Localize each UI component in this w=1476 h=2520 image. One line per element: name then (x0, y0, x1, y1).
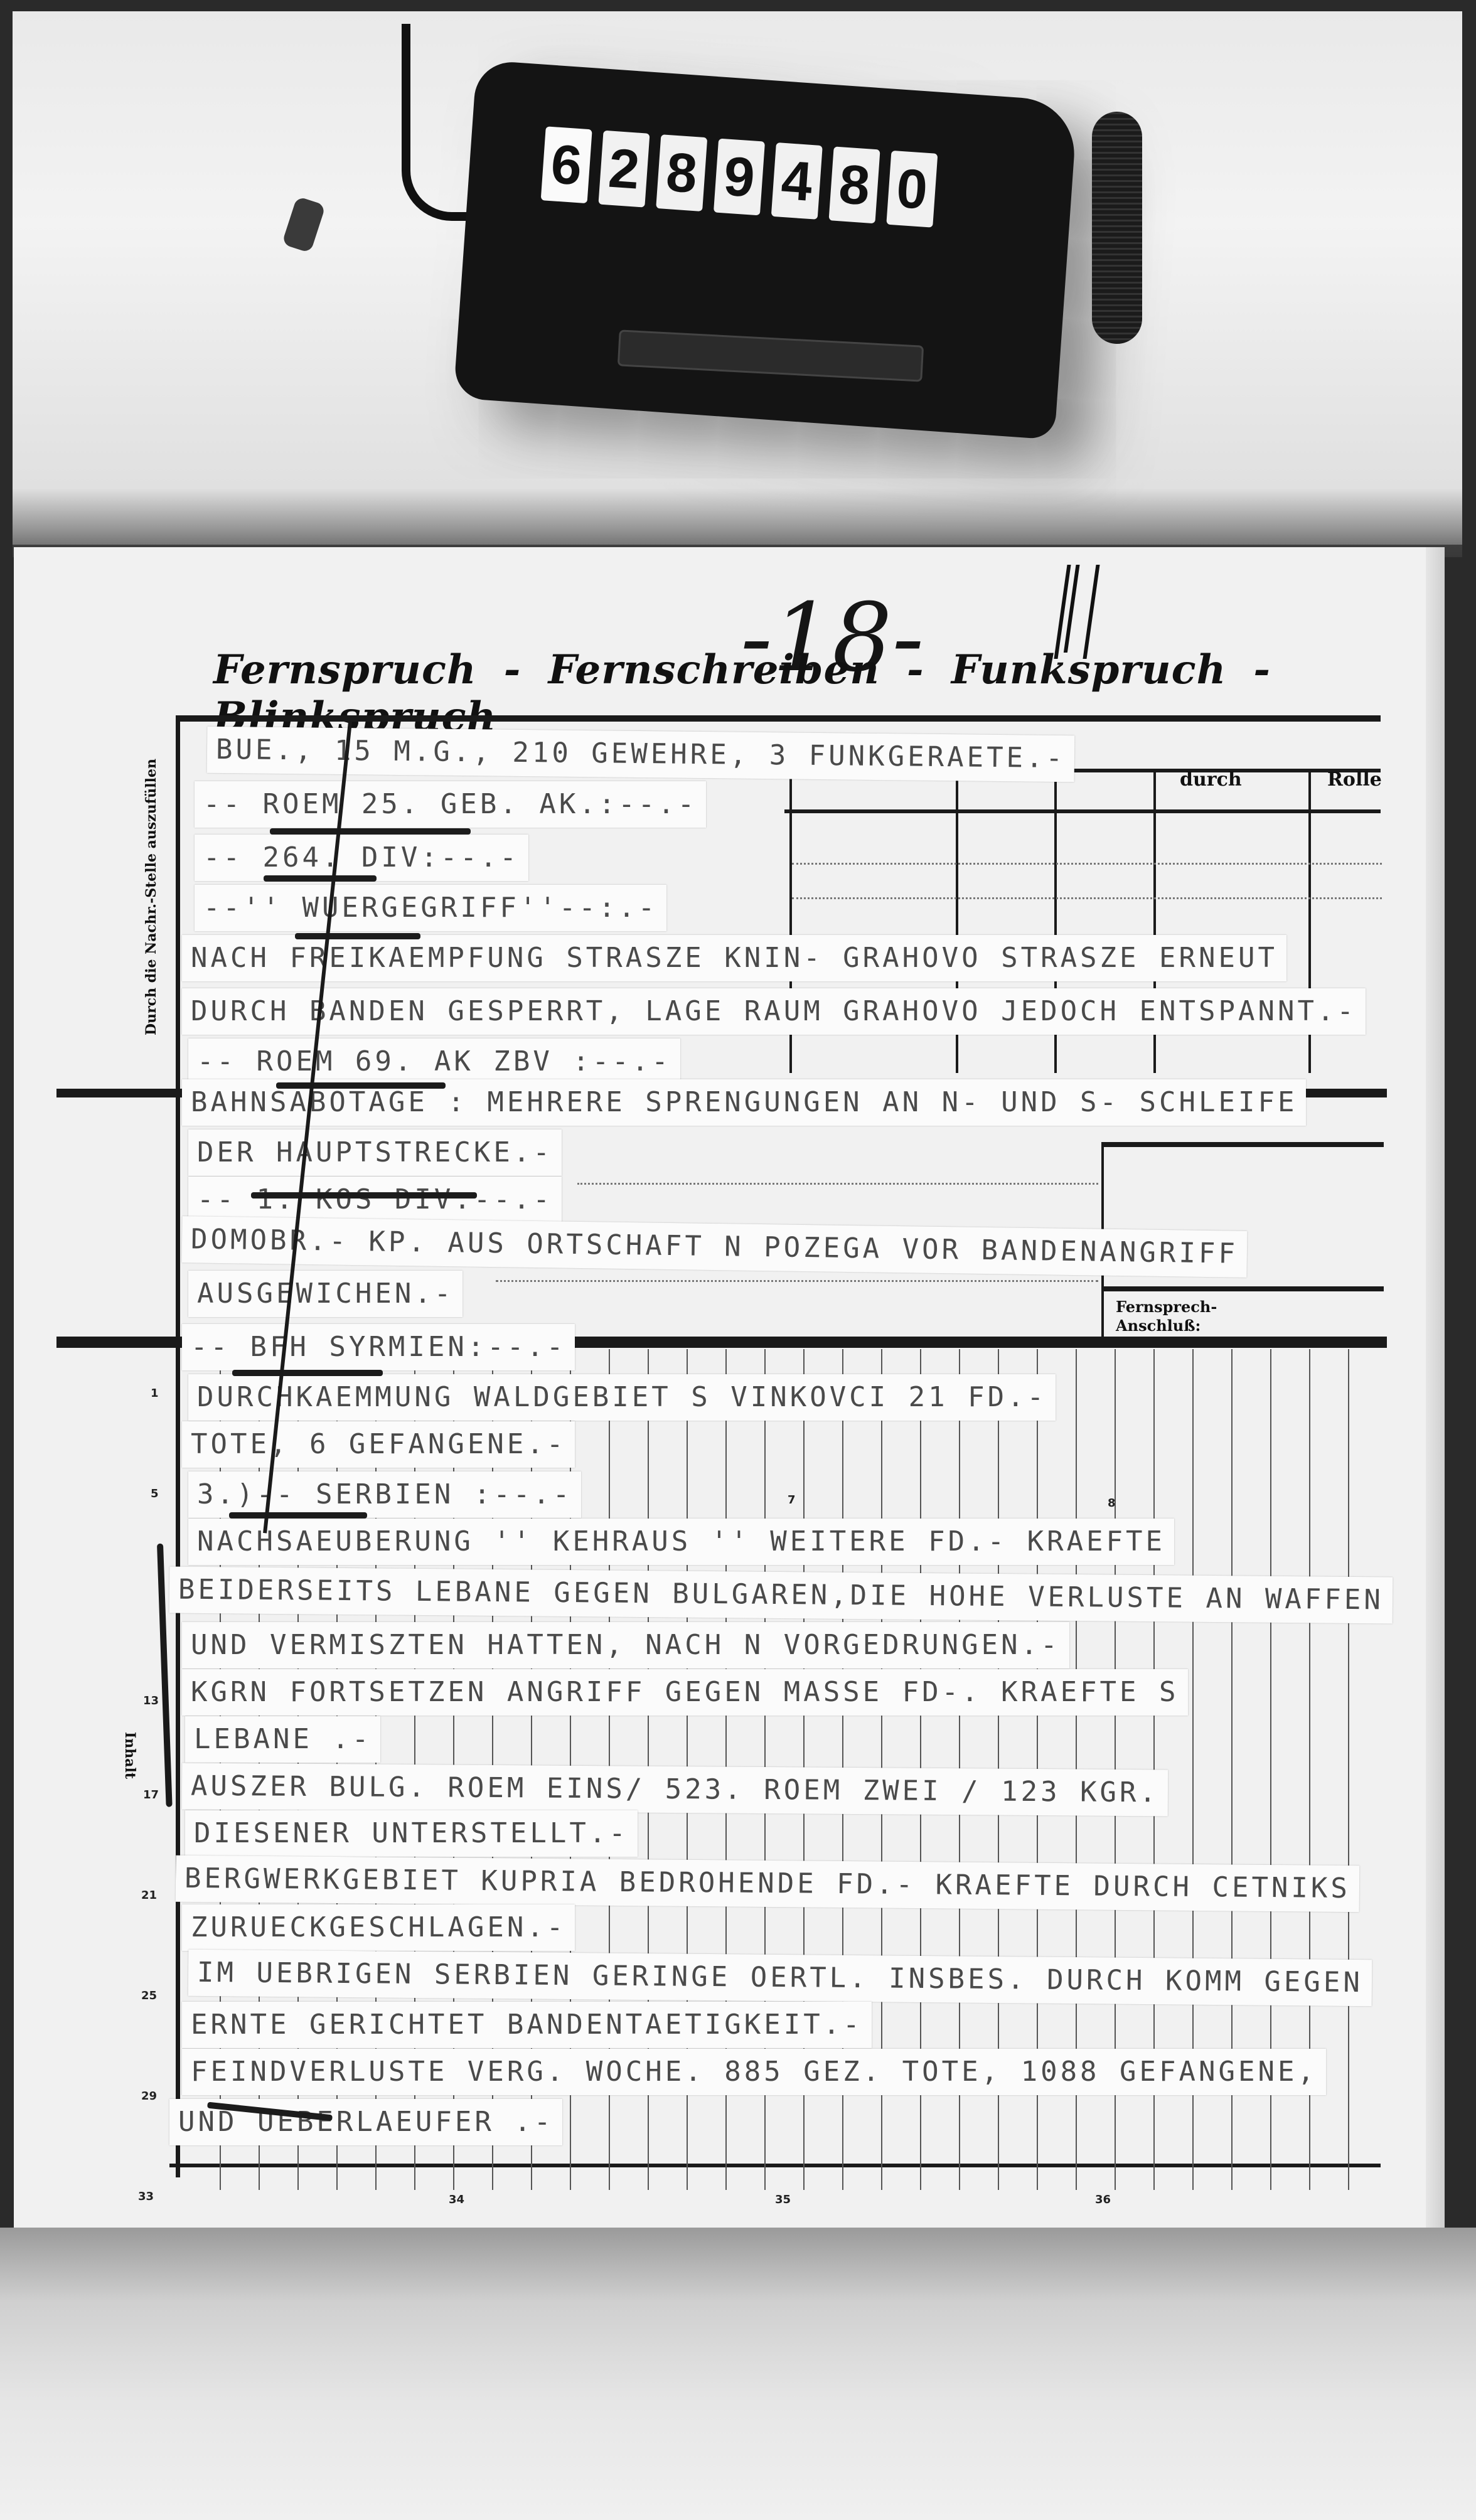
pen-underline (270, 828, 471, 835)
pen-underline (295, 933, 420, 939)
title-fernschreiben: Fernschreiben (548, 646, 880, 693)
counter-device (453, 60, 1078, 440)
message-line: KGRN FORTSETZEN ANGRIFF GEGEN MASSE FD-.… (182, 1669, 1188, 1716)
counter-digit: 2 (598, 131, 650, 208)
counter-digit: 9 (714, 139, 765, 216)
section-rule (1101, 1286, 1384, 1291)
form-title: Fernspruch - Fernschreiben - Funkspruch … (213, 646, 1406, 740)
message-line: BUE., 15 M.G., 210 GEWEHRE, 3 FUNKGERAET… (207, 727, 1075, 782)
header-rolle: Rolle (1327, 769, 1382, 791)
left-margin-rule (176, 715, 180, 2177)
side-label: Durch die Nachr.-Stelle auszufüllen (143, 709, 159, 1035)
bottom-background (0, 2228, 1476, 2520)
bottom-number: 35 (775, 2193, 791, 2206)
grid-column-number: 8 (1108, 1497, 1116, 1510)
fernsprech-anschluss-label: Fernsprech- Anschluß: (1116, 1298, 1217, 1335)
message-line: 3.)-- SERBIEN :--.- (188, 1471, 581, 1518)
message-line: AUSZER BULG. ROEM EINS/ 523. ROEM ZWEI /… (182, 1763, 1168, 1817)
row-number: 5 (151, 1487, 159, 1500)
message-line: -- ROEM 25. GEB. AK.:--.- (195, 781, 706, 828)
message-line: -- 1. KOS DIV:--.- (188, 1177, 562, 1223)
row-number: 33 (138, 2190, 154, 2203)
dotted-line (496, 1280, 1098, 1282)
row-number: 25 (141, 1989, 157, 2002)
screw (282, 196, 326, 254)
title-separator: - (1253, 646, 1271, 693)
title-separator: - (907, 646, 924, 693)
counter-digit: 8 (656, 134, 707, 211)
dotted-line (792, 897, 1382, 899)
message-line: -- 264. DIV:--.- (195, 835, 528, 881)
title-separator: - (504, 646, 521, 693)
counter-photo: 6 2 8 9 4 8 0 (13, 11, 1462, 545)
message-line: TOTE, 6 GEFANGENE.- (182, 1421, 575, 1468)
message-line: ZURUECKGESCHLAGEN.- (182, 1904, 575, 1951)
row-number: 17 (143, 1788, 159, 1802)
title-fernspruch: Fernspruch (213, 646, 476, 693)
row-number: 29 (141, 2090, 157, 2103)
content-label: Inhalt (113, 1732, 138, 1779)
message-line: DURCH BANDEN GESPERRT, LAGE RAUM GRAHOVO… (182, 988, 1366, 1035)
bottom-number: 36 (1095, 2193, 1111, 2206)
pen-underline (251, 1192, 477, 1199)
counter-digit: 4 (771, 142, 823, 220)
message-line: -- ROEM 69. AK ZBV :--.- (188, 1038, 680, 1085)
message-line: -- BFH SYRMIEN:--.- (182, 1324, 575, 1370)
pen-underline (232, 1370, 383, 1376)
grid-column-number: 7 (788, 1493, 796, 1507)
message-line: ERNTE GERICHTET BANDENTAETIGKEIT.- (182, 2002, 872, 2048)
section-rule (1101, 1142, 1384, 1147)
row-number: 21 (141, 1889, 157, 1902)
dotted-line (792, 863, 1382, 865)
counter-digit: 6 (541, 126, 592, 203)
header-durch: durch (1180, 769, 1242, 791)
message-line: LEBANE .- (185, 1716, 380, 1763)
message-line: AUSGEWICHEN.- (188, 1271, 463, 1317)
sheet-edge (1426, 547, 1445, 2229)
row-number: 13 (143, 1694, 159, 1707)
header-rule-2 (784, 809, 1381, 813)
message-line: --'' WUERGEGRIFF''--:.- (195, 885, 666, 931)
message-line: NACHSAEUBERUNG '' KEHRAUS '' WEITERE FD.… (188, 1519, 1174, 1565)
row-number: 1 (151, 1387, 159, 1400)
title-funkspruch: Funkspruch (951, 646, 1226, 693)
bottom-number: 34 (449, 2193, 464, 2206)
title-rule (176, 715, 1381, 722)
counter-knob (1092, 112, 1142, 344)
pen-underline (229, 1512, 367, 1519)
message-line: DURCHKAEMMUNG WALDGEBIET S VINKOVCI 21 F… (188, 1374, 1056, 1421)
fernsprech-label-line: Fernsprech- (1116, 1298, 1217, 1316)
counter-digit: 8 (829, 146, 880, 223)
message-line: FEINDVERLUSTE VERG. WOCHE. 885 GEZ. TOTE… (182, 2049, 1326, 2095)
pen-underline (264, 875, 377, 882)
message-line: DER HAUPTSTRECKE.- (188, 1129, 562, 1176)
pen-underline (276, 1082, 446, 1089)
counter-digit: 0 (886, 151, 938, 228)
message-line: UND VERMISZTEN HATTEN, NACH N VORGEDRUNG… (182, 1622, 1069, 1668)
fernsprech-label-line: Anschluß: (1116, 1316, 1217, 1335)
dotted-line (577, 1183, 1098, 1185)
message-line: DIESENER UNTERSTELLT.- (185, 1810, 638, 1857)
message-line: NACH FREIKAEMPFUNG STRASZE KNIN- GRAHOVO… (182, 935, 1286, 981)
